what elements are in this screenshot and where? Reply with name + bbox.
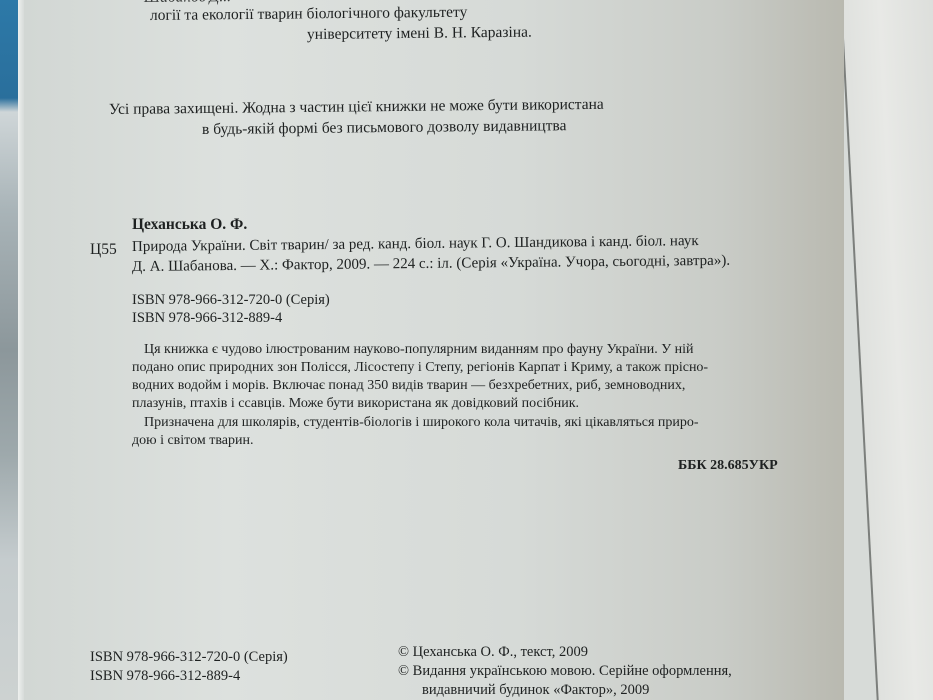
- book-page: Шабанов Д... логії та екології тварин бі…: [24, 0, 844, 700]
- adjacent-page: [840, 0, 933, 700]
- copyright-line: © Цеханська О. Ф., текст, 2009: [398, 643, 588, 662]
- catalog-isbn-line: ISBN 978-966-312-720-0 (Серія): [132, 291, 330, 310]
- annotation-line: плазунів, птахів і ссавців. Може бути ви…: [132, 394, 579, 413]
- top-fragment-line: університету імені В. Н. Каразіна.: [307, 23, 532, 44]
- annotation-line: подано опис природних зон Полісся, Лісос…: [132, 358, 708, 377]
- annotation-line: дою і світом тварин.: [132, 431, 253, 450]
- annotation-line: водних водойм і морів. Включає понад 350…: [132, 376, 685, 395]
- top-fragment-line: логії та екології тварин біологічного фа…: [150, 3, 468, 25]
- copyright-line: видавничий будинок «Фактор», 2009: [422, 681, 649, 700]
- bbk-code: ББК 28.685УКР: [678, 456, 778, 475]
- annotation-line: Призначена для школярів, студентів-біоло…: [144, 413, 699, 432]
- footer-isbn-line: ISBN 978-966-312-889-4: [90, 667, 240, 686]
- catalog-index: Ц55: [90, 240, 117, 259]
- copyright-line: © Видання українською мовою. Серійне офо…: [398, 662, 732, 681]
- annotation-line: Ця книжка є чудово ілюстрованим науково-…: [144, 340, 693, 359]
- catalog-author: Цеханська О. Ф.: [132, 215, 247, 234]
- catalog-isbn-line: ISBN 978-966-312-889-4: [132, 309, 282, 328]
- footer-isbn-line: ISBN 978-966-312-720-0 (Серія): [90, 648, 288, 667]
- rights-notice-line: Усі права захищені. Жодна з частин цієї …: [109, 95, 604, 119]
- rights-notice-line: в будь-якій формі без письмового дозволу…: [202, 116, 567, 139]
